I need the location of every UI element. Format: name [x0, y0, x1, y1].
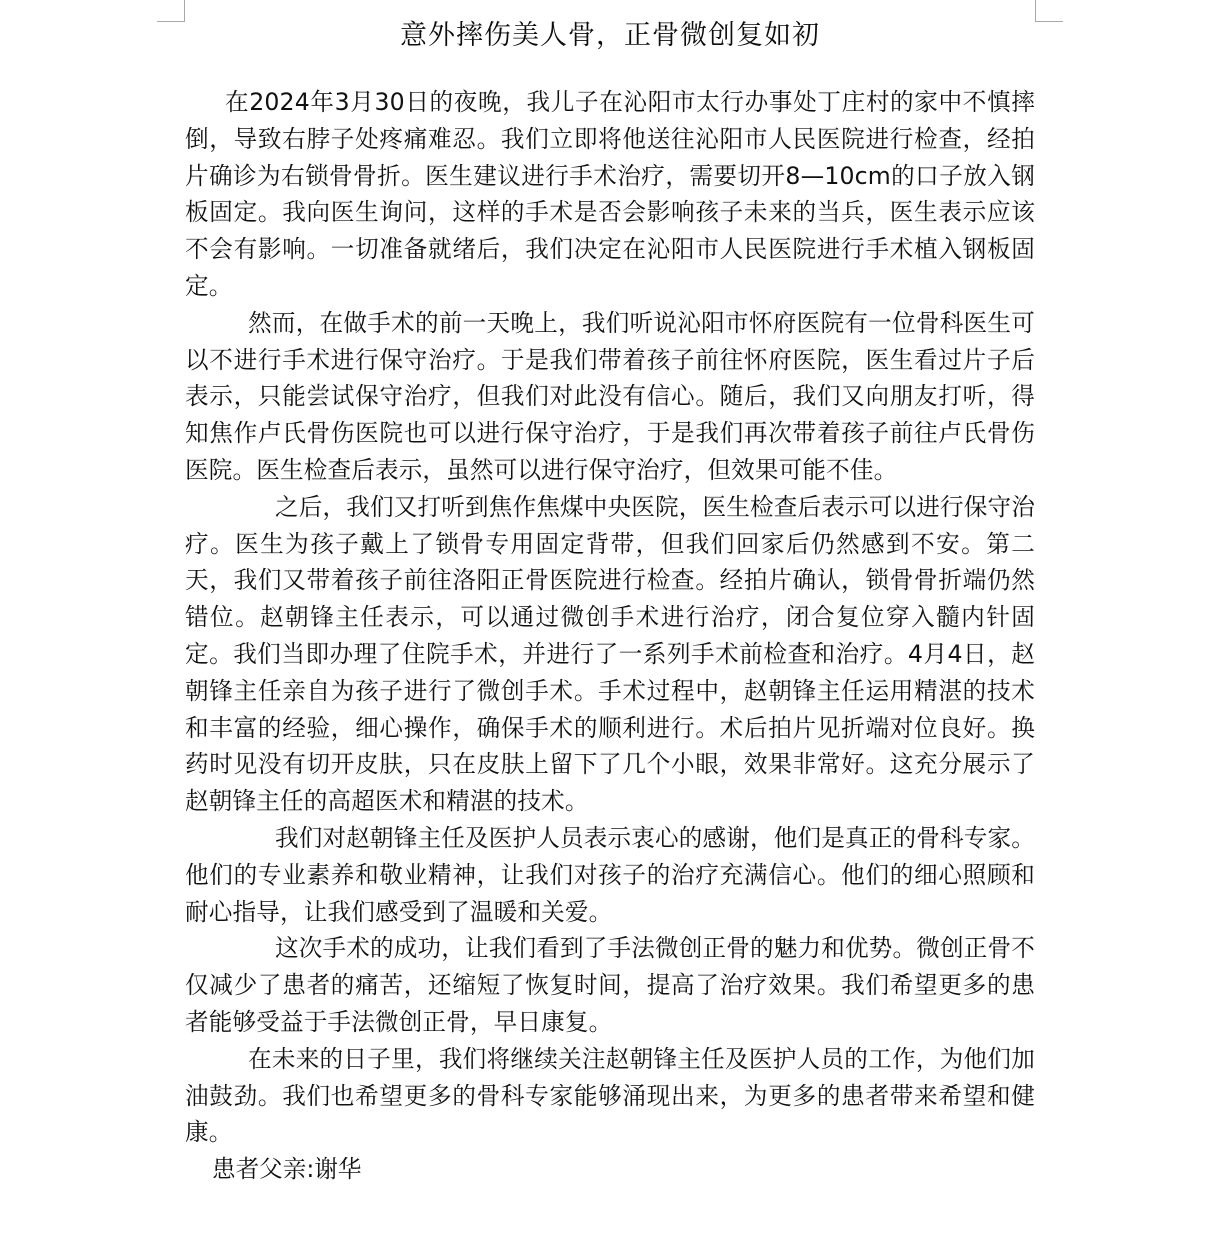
document-body: 在2024年3月30日的夜晚，我儿子在沁阳市太行办事处丁庄村的家中不慎摔倒，导致…	[185, 84, 1035, 1188]
paragraph-success: 这次手术的成功，让我们看到了手法微创正骨的魅力和优势。微创正骨不仅减少了患者的痛…	[185, 930, 1035, 1040]
paragraph-incident: 在2024年3月30日的夜晚，我儿子在沁阳市太行办事处丁庄村的家中不慎摔倒，导致…	[185, 84, 1035, 305]
page-corner-mark-left	[157, 0, 185, 22]
paragraph-surgery: 之后，我们又打听到焦作焦煤中央医院，医生检查后表示可以进行保守治疗。医生为孩子戴…	[185, 489, 1035, 820]
paragraph-future: 在未来的日子里，我们将继续关注赵朝锋主任及医护人员的工作，为他们加油鼓劲。我们也…	[185, 1041, 1035, 1151]
document-title: 意外摔伤美人骨，正骨微创复如初	[185, 16, 1035, 56]
signature: 患者父亲:谢华	[185, 1151, 1035, 1188]
paragraph-thanks: 我们对赵朝锋主任及医护人员表示衷心的感谢，他们是真正的骨科专家。他们的专业素养和…	[185, 820, 1035, 930]
paragraph-second-opinions: 然而，在做手术的前一天晚上，我们听说沁阳市怀府医院有一位骨科医生可以不进行手术进…	[185, 305, 1035, 489]
page-corner-mark-right	[1035, 0, 1063, 22]
